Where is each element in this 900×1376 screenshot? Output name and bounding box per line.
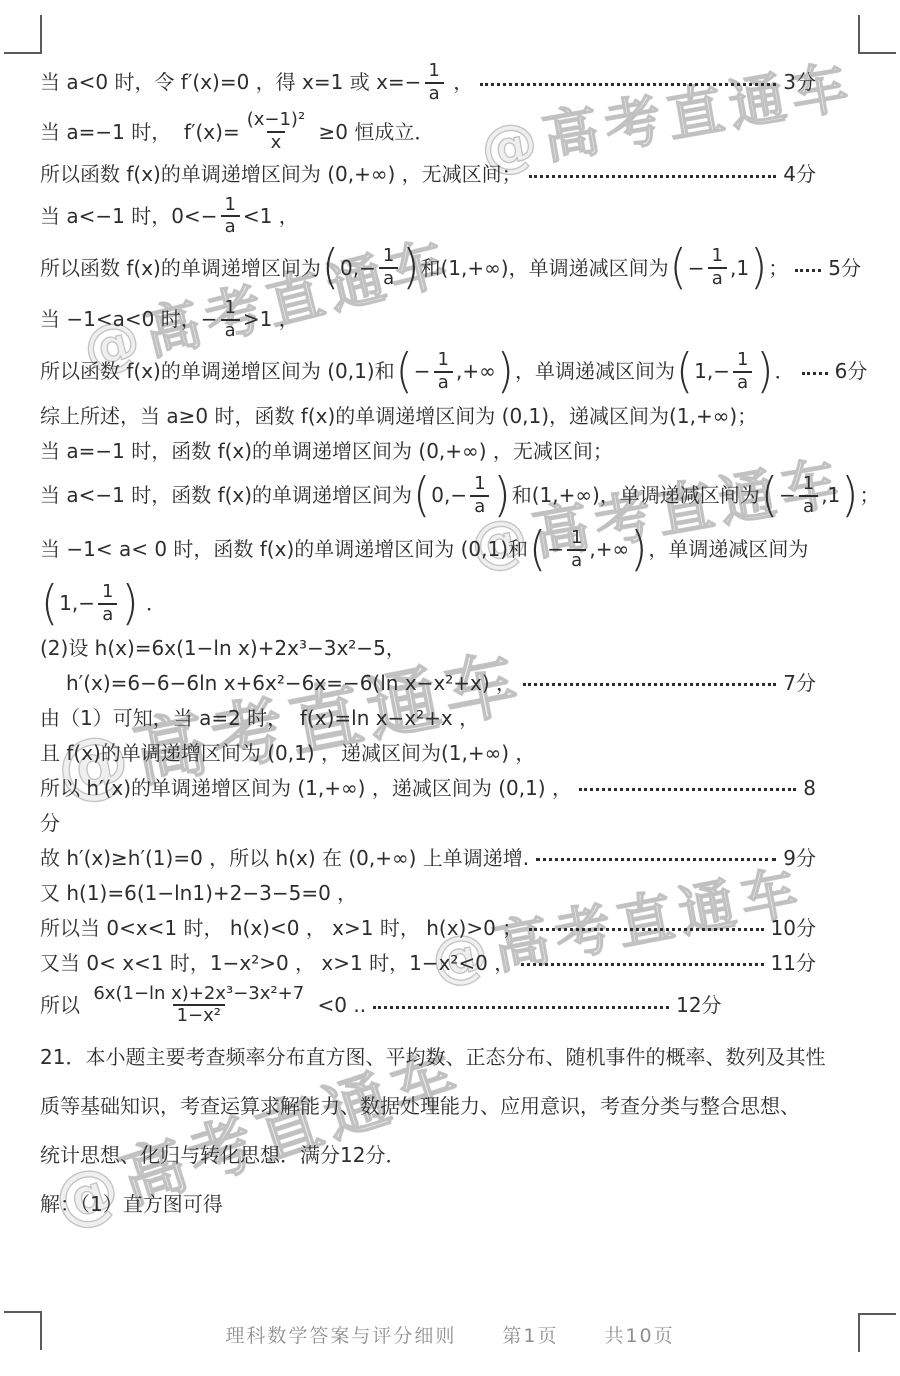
text-run: 故 h′(x)≥h′(1)=0 ，所以 h(x) 在 (0,+∞) 上单调递增.	[40, 846, 529, 871]
fraction-denominator: a	[98, 603, 117, 626]
fraction-numerator: 1	[220, 195, 239, 216]
big-paren: (	[676, 345, 693, 399]
crop-mark-top-right	[858, 15, 896, 54]
big-paren: )	[402, 241, 419, 295]
fraction: 1a	[799, 474, 818, 517]
part2-from-part1: 由（1）可知，当 a=2 时， f(x)=ln x−x²+x ，	[40, 703, 816, 734]
big-paren: )	[756, 345, 773, 399]
q21-solution-start: 解：（1）直方图可得	[40, 1189, 816, 1220]
text-run: ；	[768, 256, 788, 281]
text-run: ，单调递减区间为	[648, 537, 808, 562]
fraction-numerator: (x−1)²	[243, 110, 309, 131]
text-run: ,+∞	[456, 359, 496, 384]
dot-leader	[478, 73, 778, 93]
text-run: ，单调递减区间为	[515, 359, 675, 384]
fraction-denominator: x	[267, 131, 286, 154]
fraction-numerator: 1	[434, 350, 453, 371]
fraction-numerator: 1	[220, 298, 239, 319]
text-run: −	[547, 537, 564, 562]
big-paren: (	[670, 241, 687, 295]
text-run: −	[688, 256, 705, 281]
dot-leader	[527, 918, 765, 938]
fraction-numerator: 6x(1−ln x)+2x³−3x²+7	[89, 984, 308, 1005]
big-paren: (	[396, 345, 413, 399]
fraction: 1a	[220, 298, 239, 341]
fraction-denominator: a	[567, 549, 586, 572]
dot-leader	[371, 995, 671, 1015]
dot-leader	[577, 778, 798, 798]
text-run: ；	[859, 483, 879, 508]
fraction-numerator: 1	[799, 474, 818, 495]
score-label: 7分	[783, 671, 816, 696]
fraction: 1a	[470, 474, 489, 517]
score-label: 6分	[835, 359, 868, 384]
text-run: 又 h(1)=6(1−ln1)+2−3−5=0 ，	[40, 881, 357, 906]
text-run: 当 a=−1 时， f′(x)=	[40, 120, 240, 145]
part2-sign-h-10pt: 所以当 0<x<1 时， h(x)<0 ， x>1 时， h(x)>0 ；10分	[40, 913, 816, 944]
footer-page-number: 第1页	[502, 1321, 558, 1348]
dot-leader	[521, 673, 778, 693]
part2-conclusion-12pt: 所以 6x(1−ln x)+2x³−3x²+71−x² <0 ..12分	[40, 983, 816, 1028]
big-paren: )	[494, 469, 511, 523]
fraction-denominator: a	[799, 495, 818, 518]
fraction: 1a	[434, 350, 453, 393]
big-paren: )	[750, 241, 767, 295]
text-run: ．	[775, 359, 795, 384]
text-run: 当 a<−1 时，函数 f(x)的单调递增区间为	[40, 483, 412, 508]
fraction-numerator: 1	[470, 474, 489, 495]
part2-sign-1mx2-11pt: 又当 0< x<1 时，1−x²>0 ， x>1 时，1−x²<0 ，11分	[40, 948, 816, 979]
text-run: 当 −1<a<0 时，−	[40, 307, 217, 332]
text-run: h′(x)=6−6−6ln x+6x²−6x=−6(ln x−x²+x) ，	[66, 671, 516, 696]
text-run: 统计思想、化归与转化思想．满分12分．	[40, 1143, 405, 1168]
fraction: 1a	[98, 582, 117, 625]
big-paren: )	[841, 469, 858, 523]
text-run: 和(1,+∞)，单调递减区间为	[512, 483, 760, 508]
text-run: ≥0 恒成立．	[312, 120, 434, 145]
text-run: (2)设 h(x)=6x(1−ln x)+2x³−3x²−5，	[40, 636, 406, 661]
fraction-denominator: a	[470, 495, 489, 518]
fraction-denominator: a	[708, 267, 727, 290]
summary-a-eq-neg1: 当 a=−1 时，函数 f(x)的单调递增区间为 (0,+∞) ，无减区间；	[40, 436, 816, 467]
big-paren: )	[630, 523, 647, 577]
text-run: −	[779, 483, 796, 508]
text-run: 1,−	[59, 591, 95, 616]
step-case-a-lt-neg1: 当 a<−1 时，0<−1a<1 ，	[40, 194, 816, 239]
text-run: 所以函数 f(x)的单调递增区间为 (0,1)和	[40, 359, 395, 384]
text-run: <0 ..	[311, 993, 366, 1018]
text-run: 且 f(x)的单调递增区间为 (0,1) ，递减区间为(1,+∞) ，	[40, 741, 535, 766]
fraction-numerator: 1	[98, 582, 117, 603]
summary-a-ge-0: 综上所述，当 a≥0 时，函数 f(x)的单调递增区间为 (0,1)，递减区间为…	[40, 401, 816, 432]
fraction: 1a	[733, 350, 752, 393]
score-label: 9分	[783, 846, 816, 871]
fraction-denominator: a	[425, 82, 444, 105]
text-run: 当 a<0 时，令 f′(x)=0 ，得 x=1 或 x=−	[40, 70, 421, 95]
fraction: (x−1)²x	[243, 110, 309, 153]
text-run: 所以当 0<x<1 时， h(x)<0 ， x>1 时， h(x)>0 ；	[40, 916, 522, 941]
text-run: ,+∞	[589, 537, 629, 562]
crop-mark-top-left	[4, 15, 42, 54]
scanned-exam-page: @高考直通车 @高考直通车 @高考直通车 @高考直通车 @高考直通车 @高考直通…	[0, 0, 900, 1376]
text-run: 当 a<−1 时，0<−	[40, 204, 217, 229]
part2-define-h: (2)设 h(x)=6x(1−ln x)+2x³−3x²−5，	[40, 633, 816, 664]
score-label: 4分	[783, 162, 816, 187]
fraction-denominator: 1−x²	[173, 1004, 225, 1027]
text-run: >1 ，	[243, 307, 299, 332]
text-run: 当 −1< a< 0 时，函数 f(x)的单调递增区间为 (0,1)和	[40, 537, 528, 562]
step-case-a-lt-0: 当 a<0 时，令 f′(x)=0 ，得 x=1 或 x=−1a ，3分	[40, 60, 816, 105]
dot-leader	[534, 848, 778, 868]
dot-leader	[519, 953, 765, 973]
fraction-numerator: 1	[567, 528, 586, 549]
text-run: 21．本小题主要考查频率分布直方图、平均数、正态分布、随机事件的概率、数列及其性	[40, 1045, 825, 1070]
fraction-denominator: a	[221, 215, 240, 238]
text-run: 0,−	[340, 256, 376, 281]
dot-leader	[800, 362, 830, 382]
text-run: 当 a=−1 时，函数 f(x)的单调递增区间为 (0,+∞) ，无减区间；	[40, 439, 613, 464]
fraction: 1a	[708, 246, 727, 289]
fraction: 1a	[567, 528, 586, 571]
big-paren: (	[322, 241, 339, 295]
part2-derivative-7pt: h′(x)=6−6−6ln x+6x²−6x=−6(ln x−x²+x) ，7分	[40, 668, 816, 699]
step-case-a-eq-neg1: 当 a=−1 时， f′(x)=(x−1)²x ≥0 恒成立．	[40, 109, 816, 154]
fraction-denominator: a	[434, 371, 453, 394]
fraction: 1a	[379, 246, 398, 289]
big-paren: )	[121, 577, 138, 631]
big-paren: (	[413, 469, 430, 523]
fraction: 6x(1−ln x)+2x³−3x²+71−x²	[89, 984, 308, 1027]
step-increase-interval: 所以函数 f(x)的单调递增区间为 (0,+∞) ，无减区间；4分	[40, 159, 816, 190]
text-run: 0,−	[431, 483, 467, 508]
text-run: 由（1）可知，当 a=2 时， f(x)=ln x−x²+x ，	[40, 706, 479, 731]
text-run: ．	[140, 591, 166, 616]
part2-h1-value: 又 h(1)=6(1−ln1)+2−3−5=0 ，	[40, 878, 816, 909]
step-case-neg1-lt-a-lt-0: 当 −1<a<0 时，−1a>1 ，	[40, 297, 816, 342]
big-paren: )	[497, 345, 514, 399]
fraction: 1a	[424, 61, 443, 104]
text-run: 综上所述，当 a≥0 时，函数 f(x)的单调递增区间为 (0,1)，递减区间为…	[40, 404, 757, 429]
big-paren: (	[761, 469, 778, 523]
text-run: 所以	[40, 993, 86, 1018]
text-run: 1,−	[694, 359, 730, 384]
fraction-numerator: 1	[424, 61, 443, 82]
q21-intro-3: 统计思想、化归与转化思想．满分12分．	[40, 1140, 816, 1171]
step-intervals-5pt: 所以函数 f(x)的单调递增区间为(0,−1a)和(1,+∞)，单调递减区间为(…	[40, 243, 816, 293]
big-paren: (	[41, 577, 58, 631]
text-run: 所以函数 f(x)的单调递增区间为	[40, 256, 321, 281]
dot-leader	[527, 164, 779, 184]
text-run: 所以函数 f(x)的单调递增区间为 (0,+∞) ，无减区间；	[40, 162, 522, 187]
footer-page-total: 共10页	[604, 1321, 674, 1348]
fraction-denominator: a	[379, 267, 398, 290]
summary-a-lt-neg1: 当 a<−1 时，函数 f(x)的单调递增区间为(0,−1a)和(1,+∞)，单…	[40, 471, 816, 521]
part2-hprime-intervals-8pt: 所以 h′(x)的单调递增区间为 (1,+∞) ，递减区间为 (0,1) ，8	[40, 773, 816, 804]
part2-monotonic-9pt: 故 h′(x)≥h′(1)=0 ，所以 h(x) 在 (0,+∞) 上单调递增.…	[40, 843, 816, 874]
q21-intro-2: 质等基础知识，考查运算求解能力、数据处理能力、应用意识，考查分类与整合思想、	[40, 1091, 816, 1122]
score-label: 5分	[828, 256, 861, 281]
fraction: 1a	[220, 195, 239, 238]
text-run: 分	[40, 811, 60, 836]
text-run: 质等基础知识，考查运算求解能力、数据处理能力、应用意识，考查分类与整合思想、	[40, 1094, 800, 1119]
summary-neg1-lt-a-lt-0: 当 −1< a< 0 时，函数 f(x)的单调递增区间为 (0,1)和(−1a,…	[40, 525, 816, 575]
summary-continued: (1,−1a) ．	[40, 579, 816, 629]
part2-8pt-wrap: 分	[40, 808, 816, 839]
score-label: 10分	[771, 916, 816, 941]
score-label: 3分	[783, 70, 816, 95]
part2-f-intervals: 且 f(x)的单调递增区间为 (0,1) ，递减区间为(1,+∞) ，	[40, 738, 816, 769]
fraction-numerator: 1	[733, 350, 752, 371]
text-run: 解：（1）直方图可得	[40, 1192, 223, 1217]
step-intervals-6pt: 所以函数 f(x)的单调递增区间为 (0,1)和(−1a,+∞)，单调递减区间为…	[40, 347, 816, 397]
document-body: 当 a<0 时，令 f′(x)=0 ，得 x=1 或 x=−1a ，3分当 a=…	[40, 60, 816, 1224]
score-label: 11分	[771, 951, 816, 976]
text-run: ,1	[821, 483, 840, 508]
fraction-denominator: a	[221, 319, 240, 342]
text-run: 所以 h′(x)的单调递增区间为 (1,+∞) ，递减区间为 (0,1) ，	[40, 776, 572, 801]
score-label: 12分	[676, 993, 721, 1018]
text-run: ，	[447, 70, 473, 95]
fraction-denominator: a	[733, 371, 752, 394]
fraction-numerator: 1	[379, 246, 398, 267]
fraction-numerator: 1	[708, 246, 727, 267]
text-run: −	[414, 359, 431, 384]
q21-intro-1: 21．本小题主要考查频率分布直方图、平均数、正态分布、随机事件的概率、数列及其性	[40, 1042, 816, 1073]
text-run: 又当 0< x<1 时，1−x²>0 ， x>1 时，1−x²<0 ，	[40, 951, 514, 976]
score-label: 8	[803, 776, 816, 801]
big-paren: (	[529, 523, 546, 577]
dot-leader	[793, 258, 823, 278]
text-run: ,1	[730, 256, 749, 281]
text-run: 和(1,+∞)，单调递减区间为	[420, 256, 668, 281]
text-run: <1 ，	[243, 204, 299, 229]
footer-title: 理科数学答案与评分细则	[225, 1321, 456, 1348]
page-footer: 理科数学答案与评分细则 第1页 共10页	[0, 1321, 900, 1348]
